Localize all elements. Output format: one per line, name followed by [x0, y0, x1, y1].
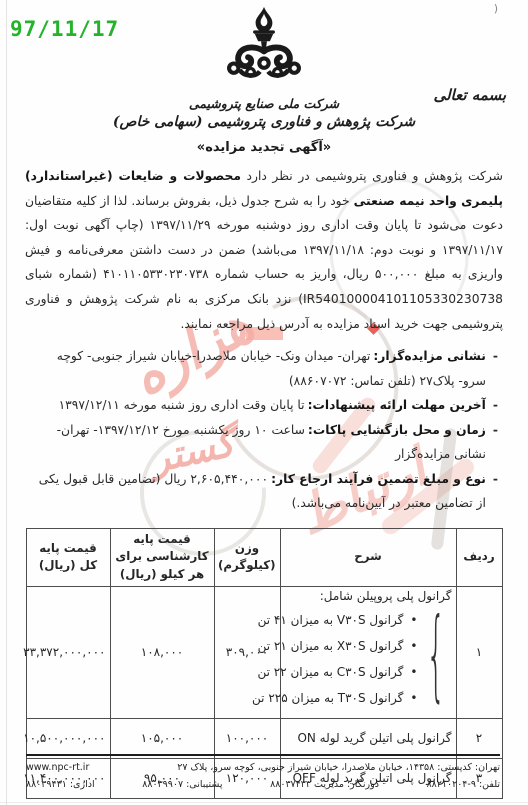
- row-number: ۱: [456, 586, 502, 718]
- row-number: ۲: [456, 718, 502, 758]
- bullet-dot: •: [410, 665, 417, 679]
- intro-text: شرکت پژوهش و فناوری پتروشیمی در نظر دارد: [241, 169, 503, 183]
- footer-phone: تلفن: ۹-۸۸۲۱۰۲۰۴: [427, 776, 500, 793]
- item-description: گرانول پلی پروپیلن شامل: } •گرانول ‪V۳۰S…: [280, 586, 456, 718]
- item-text: تا پایان وقت اداری روز شنبه مورخه ۱۳۹۷/۱…: [59, 398, 305, 412]
- grade-list: •گرانول ‪V۳۰S‬ به میزان ۴۱ تن •گرانول ‪X…: [252, 607, 417, 711]
- notice-title: «آگهی تجدید مزایده»: [0, 140, 528, 155]
- total-price-value: ۱۰,۵۰۰,۰۰۰,۰۰۰: [26, 718, 110, 758]
- grade-text: گرانول ‪V۳۰S‬ به میزان ۴۱ تن: [258, 613, 404, 627]
- weight-value: ۱۰۰,۰۰۰: [214, 718, 280, 758]
- footer-divider: [26, 754, 500, 756]
- scanned-auction-notice-page: هزاره گستر ارتباط 97/11/17 ( بسمه تعالی: [0, 0, 528, 805]
- dash-marker: -: [493, 344, 498, 393]
- grade-item: •گرانول ‪C۳۰S‬ به میزان ۲۲ تن: [252, 659, 417, 685]
- grade-text: گرانول ‪T۳۰S‬ به میزان ۲۲۵ تن: [252, 691, 403, 705]
- scan-corner-mark: (: [494, 2, 498, 15]
- footer-address-line: تهران: کدپستی: ۱۴۳۵۸، خیابان ملاصدرا، خی…: [26, 759, 500, 776]
- table-row: ۱ گرانول پلی پروپیلن شامل: } •گرانول ‪V۳…: [26, 586, 502, 718]
- col-header-description: شرح: [280, 528, 456, 586]
- grade-item: •گرانول ‪T۳۰S‬ به میزان ۲۲۵ تن: [252, 685, 417, 711]
- handwritten-date-stamp: 97/11/17: [10, 17, 119, 41]
- footer-website: www.npc-rt.ir: [26, 759, 89, 776]
- col-header-row-no: ردیف: [456, 528, 502, 586]
- intro-text: خود را به شرح جدول ذیل، بفروش برساند. لذ…: [25, 194, 503, 331]
- item-label: زمان و محل بازگشایی پاکات:: [308, 423, 486, 437]
- bullet-dot: •: [410, 613, 417, 627]
- list-item-address: - نشانی مزایده‌گزار:تهران- میدان ونک- خی…: [30, 344, 498, 393]
- grade-item: •گرانول ‪X۳۰S‬ به میزان ۲۱ تن: [252, 633, 417, 659]
- list-item-deadline: - آخرین مهلت ارائه پیشنهادات:تا پایان وق…: [30, 393, 498, 418]
- footer-office-phone: اداری: ۸۸۰۳۹۴۴۱: [26, 776, 95, 793]
- grouping-brace: }: [426, 609, 445, 708]
- bismillah-calligraphy: بسمه تعالی: [433, 86, 506, 104]
- footer-fax: دورنگار: مدیریت ۸۸۰۳۷۴۳۳: [270, 776, 379, 793]
- nioc-flame-logo: [220, 6, 308, 90]
- list-item-guarantee: - نوع و مبلغ تضمین فرآیند ارجاع کار:۲,۶۰…: [30, 467, 498, 516]
- col-header-weight: وزن (کیلوگرم): [214, 528, 280, 586]
- letterhead-footer: تهران: کدپستی: ۱۴۳۵۸، خیابان ملاصدرا، خی…: [26, 754, 500, 793]
- bullet-dot: •: [410, 639, 417, 653]
- item-label: نوع و مبلغ تضمین فرآیند ارجاع کار:: [271, 472, 486, 486]
- item-label: نشانی مزایده‌گزار:: [373, 349, 486, 363]
- unit-price-value: ۱۰۸,۰۰۰: [110, 586, 214, 718]
- footer-phones-line: تلفن: ۹-۸۸۲۱۰۲۰۴ دورنگار: مدیریت ۸۸۰۳۷۴۳…: [26, 776, 500, 793]
- grade-item: •گرانول ‪V۳۰S‬ به میزان ۴۱ تن: [252, 607, 417, 633]
- notice-body-paragraph: شرکت پژوهش و فناوری پتروشیمی در نظر دارد…: [25, 164, 503, 336]
- col-header-unit-price: قیمت پایه کارشناسی برای هر کیلو (ریال): [110, 528, 214, 586]
- list-item-opening: - زمان و محل بازگشایی پاکات:ساعت ۱۰ روز …: [30, 418, 498, 467]
- footer-address: تهران: کدپستی: ۱۴۳۵۸، خیابان ملاصدرا، خی…: [177, 759, 500, 776]
- item-description: گرانول پلی اتیلن گرید لوله ON: [280, 718, 456, 758]
- total-price-value: ۳۳,۳۷۲,۰۰۰,۰۰۰: [26, 586, 110, 718]
- dash-marker: -: [493, 418, 498, 467]
- item-label: آخرین مهلت ارائه پیشنهادات:: [308, 398, 486, 412]
- dash-marker: -: [493, 393, 498, 418]
- scan-edge-artifact: [0, 802, 528, 803]
- unit-price-value: ۱۰۵,۰۰۰: [110, 718, 214, 758]
- dash-marker: -: [493, 467, 498, 516]
- col-header-total-price: قیمت پایه کل (ریال): [26, 528, 110, 586]
- table-row: ۲ گرانول پلی اتیلن گرید لوله ON ۱۰۰,۰۰۰ …: [26, 718, 502, 758]
- table-header-row: ردیف شرح وزن (کیلوگرم) قیمت پایه کارشناس…: [26, 528, 502, 586]
- grade-text: گرانول ‪C۳۰S‬ به میزان ۲۲ تن: [257, 665, 403, 679]
- bullet-dot: •: [410, 691, 417, 705]
- footer-support-phone: پشتیبانی: ۸۸۰۳۹۹۰۷: [142, 776, 222, 793]
- org-name-company: شرکت پژوهش و فناوری پتروشیمی (سهامی خاص): [0, 114, 528, 130]
- grade-text: گرانول ‪X۳۰S‬ به میزان ۲۱ تن: [258, 639, 404, 653]
- notice-details-list: - نشانی مزایده‌گزار:تهران- میدان ونک- خی…: [30, 344, 498, 516]
